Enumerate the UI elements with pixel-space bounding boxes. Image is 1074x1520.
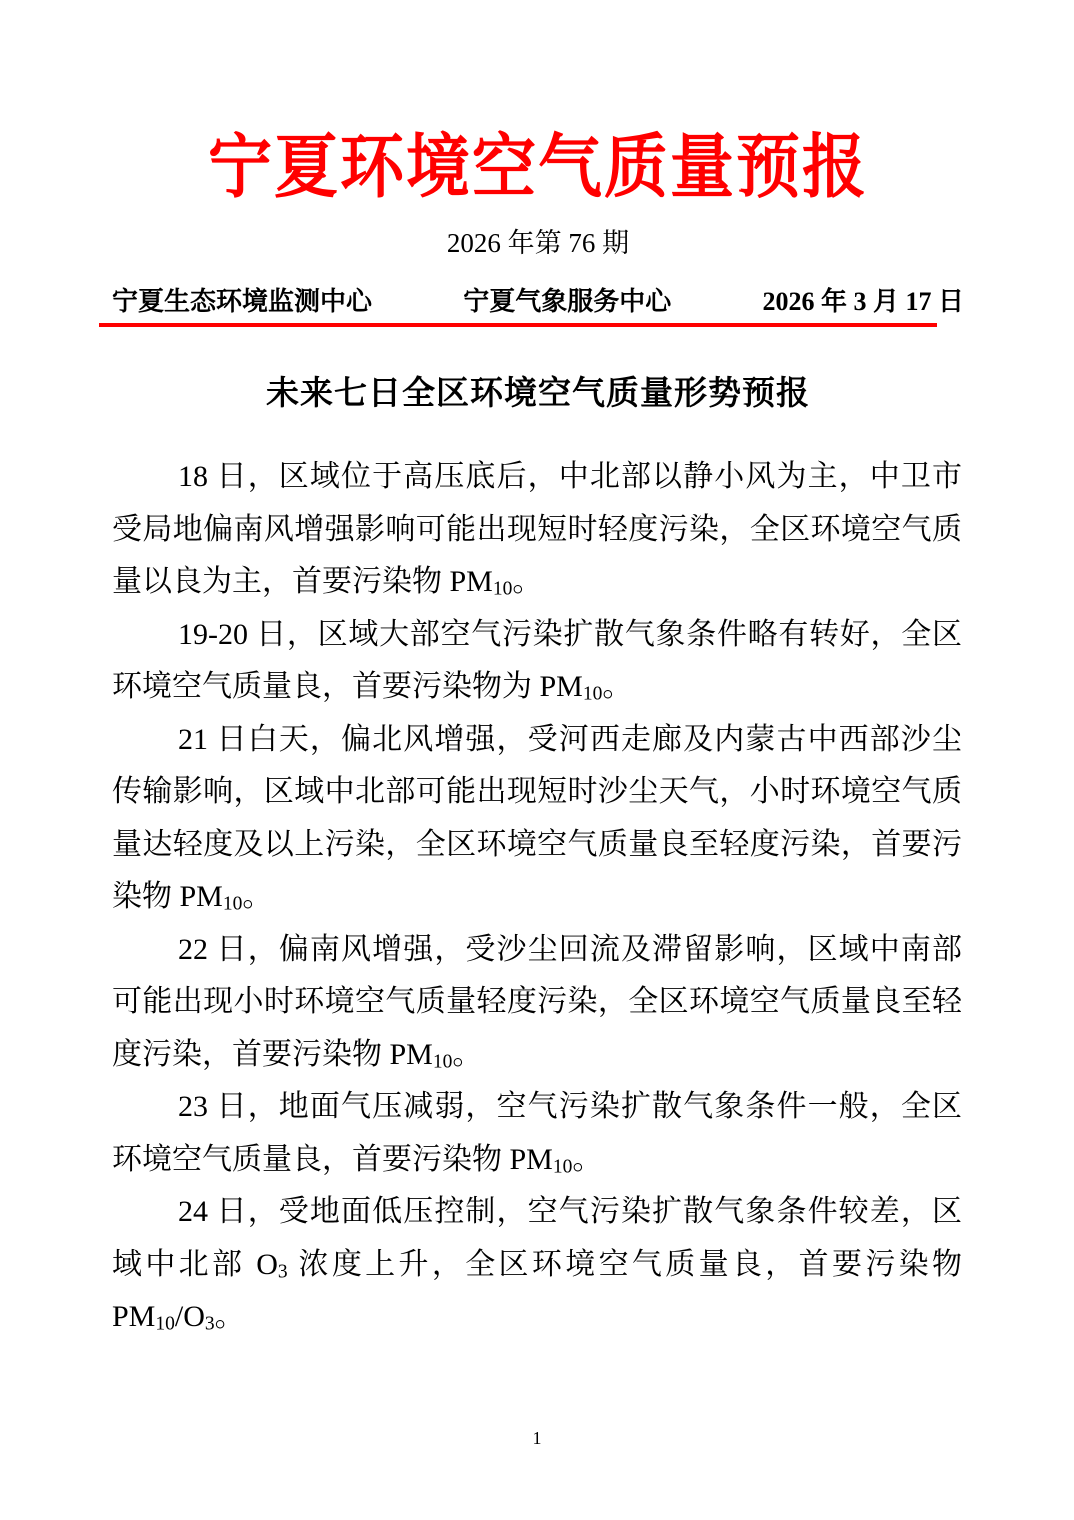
header-org-row: 宁夏生态环境监测中心 宁夏气象服务中心 2026 年 3 月 17 日	[112, 286, 964, 318]
pollutant-subscript: 3	[205, 1314, 215, 1335]
document-page: 宁夏环境空气质量预报 2026 年第 76 期 宁夏生态环境监测中心 宁夏气象服…	[0, 0, 1074, 1520]
paragraph-text: 22 日，偏南风增强，受沙尘回流及滞留影响，区域中南部可能出现小时环境空气质量轻…	[112, 933, 962, 1071]
forecast-paragraph: 22 日，偏南风增强，受沙尘回流及滞留影响，区域中南部可能出现小时环境空气质量轻…	[112, 924, 962, 1082]
org-meteorological-center: 宁夏气象服务中心	[463, 286, 671, 318]
forecast-paragraph: 24 日，受地面低压控制，空气污染扩散气象条件较差，区域中北部 O3 浓度上升，…	[112, 1186, 962, 1344]
forecast-paragraph: 18 日，区域位于高压底后，中北部以静小风为主，中卫市受局地偏南风增强影响可能出…	[112, 451, 962, 609]
paragraph-text: 21 日白天，偏北风增强，受河西走廊及内蒙古中西部沙尘传输影响，区域中北部可能出…	[112, 723, 962, 914]
publish-date: 2026 年 3 月 17 日	[762, 286, 964, 318]
page-number: 1	[0, 1426, 1074, 1450]
paragraph-text: 23 日，地面气压减弱，空气污染扩散气象条件一般，全区环境空气质量良，首要污染物…	[112, 1090, 962, 1176]
paragraph-text: 。	[512, 565, 542, 598]
org-monitoring-center: 宁夏生态环境监测中心	[112, 286, 372, 318]
section-title: 未来七日全区环境空气质量形势预报	[112, 373, 964, 413]
paragraph-text: 。	[215, 1300, 245, 1333]
paragraph-text: 。	[452, 1038, 482, 1071]
paragraph-text: 。	[572, 1143, 602, 1176]
paragraph-text: 19-20 日，区域大部空气污染扩散气象条件略有转好，全区环境空气质量良，首要污…	[112, 618, 962, 704]
forecast-paragraph: 23 日，地面气压减弱，空气污染扩散气象条件一般，全区环境空气质量良，首要污染物…	[112, 1081, 962, 1186]
paragraph-text: 。	[602, 670, 632, 703]
pollutant-subscript: 3	[278, 1261, 288, 1282]
red-divider-rule	[99, 323, 937, 327]
paragraph-text: 。	[242, 880, 272, 913]
issue-number: 2026 年第 76 期	[112, 226, 964, 260]
paragraph-text: /O	[175, 1300, 205, 1333]
pollutant-subscript: 10	[433, 1051, 453, 1072]
forecast-paragraph: 21 日白天，偏北风增强，受河西走廊及内蒙古中西部沙尘传输影响，区域中北部可能出…	[112, 714, 962, 924]
forecast-paragraphs: 18 日，区域位于高压底后，中北部以静小风为主，中卫市受局地偏南风增强影响可能出…	[112, 451, 962, 1344]
pollutant-subscript: 10	[493, 579, 513, 600]
forecast-paragraph: 19-20 日，区域大部空气污染扩散气象条件略有转好，全区环境空气质量良，首要污…	[112, 609, 962, 714]
document-title: 宁夏环境空气质量预报	[112, 118, 964, 217]
pollutant-subscript: 10	[583, 684, 603, 705]
pollutant-subscript: 10	[553, 1156, 573, 1177]
pollutant-subscript: 10	[155, 1314, 175, 1335]
pollutant-subscript: 10	[223, 894, 243, 915]
